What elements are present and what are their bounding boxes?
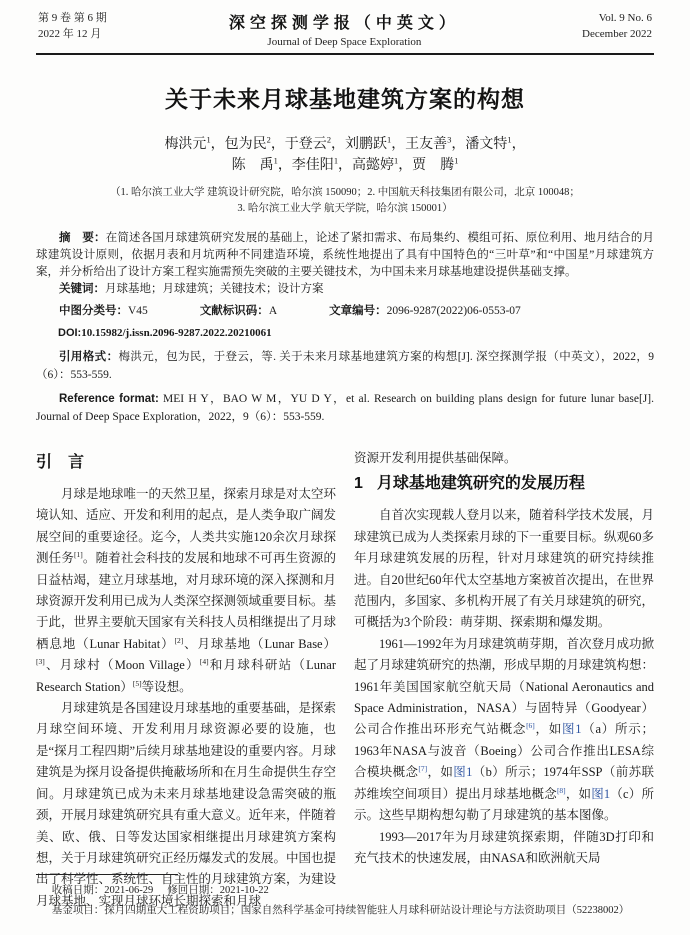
text-run: ，贾 腾: [398, 158, 454, 173]
text-run: 等设想。: [142, 680, 192, 694]
text-run: ，: [512, 137, 526, 152]
affiliation-line-2: 3. 哈尔滨工业大学 航天学院，哈尔滨 150001）: [36, 201, 654, 217]
keywords: 关键词：月球基地；月球建筑；关键技术；设计方案: [36, 281, 654, 298]
intro-heading: 引 言: [36, 452, 336, 474]
footnote-rule: [36, 874, 178, 875]
affiliation-line-1: （1. 哈尔滨工业大学 建筑设计研究院，哈尔滨 150090；2. 中国航天科技…: [36, 185, 654, 201]
article-title: 关于未来月球基地建筑方案的构想: [36, 81, 654, 114]
text-run: 陈 禹: [232, 158, 274, 173]
section-1-paragraph-3: 1993—2017年为月球建筑探索期，伴随3D打印和充气技术的快速发展，由NAS…: [354, 827, 654, 870]
received-date: 2021-06-29: [104, 885, 153, 896]
section-1-title: 月球基地建筑研究的发展历程: [377, 475, 585, 492]
continuation-line: 资源开发利用提供基础保障。: [354, 448, 654, 469]
left-column: 引 言 月球是地球唯一的天然卫星，探索月球是对太空环境认知、适应、开发和利用的起…: [36, 448, 336, 912]
text-run: ，高懿婷: [338, 158, 394, 173]
text-run: ，王友善: [391, 137, 447, 152]
doi: DOI:10.15982/j.issn.2096-9287.2022.20210…: [36, 325, 654, 342]
text-run: 1: [454, 156, 458, 165]
citation-ref: [2]: [174, 636, 183, 645]
text-run: ，如: [566, 787, 592, 801]
citation-cn: 引用格式：梅洪元，包为民，于登云，等. 关于未来月球基地建筑方案的构想[J]. …: [36, 348, 654, 384]
author-list: 梅洪元1，包为民2，于登云2，刘鹏跃1，王友善3，潘文特1， 陈 禹1，李佳阳1…: [36, 134, 654, 176]
citation-en: Reference format: MEI H Y，BAO W M，YU D Y…: [36, 390, 654, 426]
text-run: ，如: [427, 765, 453, 779]
keywords-label: 关键词：: [59, 283, 105, 295]
citation-ref: [3]: [36, 657, 45, 666]
abstract-text: 在简述各国月球建筑研究发展的基础上，论述了紧扣需求、布局集约、模组可拓、原位利用…: [36, 232, 654, 278]
front-matter: 摘 要：在简述各国月球建筑研究发展的基础上，论述了紧扣需求、布局集约、模组可拓、…: [36, 230, 654, 426]
section-1-paragraph-1: 自首次实现载人登月以来，随着科学技术发展，月球建筑已成为人类探索月球的下一重要目…: [354, 505, 654, 633]
journal-title-block: 深空探测学报（中英文） Journal of Deep Space Explor…: [229, 10, 460, 48]
citation-en-label: Reference format:: [59, 393, 159, 405]
text-run: 、月球基地（Lunar Base）: [183, 637, 336, 651]
text-run: ，李佳阳: [278, 158, 334, 173]
section-1-paragraph-2: 1961—1992年为月球建筑萌芽期，首次登月成功掀起了月球建筑研究的热潮，形成…: [354, 634, 654, 827]
text-run: ，如: [535, 722, 562, 736]
citation-ref: [1]: [74, 550, 83, 559]
citation-ref[interactable]: [8]: [557, 786, 566, 795]
figure-link[interactable]: 图1: [453, 765, 472, 779]
journal-title-en: Journal of Deep Space Exploration: [229, 36, 460, 48]
text-run: 梅洪元: [164, 137, 206, 152]
text-run: 、月球村（Moon Village）: [45, 658, 200, 672]
abstract-label: 摘 要：: [59, 232, 106, 244]
affiliations: （1. 哈尔滨工业大学 建筑设计研究院，哈尔滨 150090；2. 中国航天科技…: [36, 185, 654, 217]
header-rule: [36, 53, 654, 55]
volume-info: Vol. 9 No. 6 December 2022: [582, 10, 652, 42]
citation-ref[interactable]: [7]: [418, 764, 427, 773]
text-run: ，潘文特: [451, 137, 507, 152]
author-line-1: 梅洪元1，包为民2，于登云2，刘鹏跃1，王友善3，潘文特1，: [36, 134, 654, 155]
section-1-number: 1: [354, 475, 363, 492]
issue-info: 第 9 卷 第 6 期 2022 年 12 月: [38, 10, 107, 42]
paper-page: 第 9 卷 第 6 期 2022 年 12 月 深空探测学报（中英文） Jour…: [0, 0, 690, 935]
text-run: ，包为民: [211, 137, 267, 152]
abstract: 摘 要：在简述各国月球建筑研究发展的基础上，论述了紧扣需求、布局集约、模组可拓、…: [36, 230, 654, 281]
clc-number: 中图分类号：V45: [59, 303, 148, 320]
issue-date-cn: 2022 年 12 月: [38, 26, 107, 42]
body-columns: 引 言 月球是地球唯一的天然卫星，探索月球是对太空环境认知、适应、开发和利用的起…: [36, 448, 654, 912]
revised-date: 2021-10-22: [220, 885, 269, 896]
issue-volume: 第 9 卷 第 6 期: [38, 10, 107, 26]
figure-link[interactable]: 图1: [562, 722, 582, 736]
right-column: 资源开发利用提供基础保障。 1月球基地建筑研究的发展历程 自首次实现载人登月以来…: [354, 448, 654, 912]
issue-date-en: December 2022: [582, 26, 652, 42]
dates-footnote: 收稿日期：2021-06-29修回日期：2021-10-22: [36, 881, 654, 901]
journal-title-cn: 深空探测学报（中英文）: [229, 10, 460, 33]
article-number: 文章编号：2096-9287(2022)06-0553-07: [329, 303, 521, 320]
citation-cn-label: 引用格式：: [59, 351, 118, 363]
author-line-2: 陈 禹1，李佳阳1，高懿婷1，贾 腾1: [36, 155, 654, 176]
text-run: ，于登云: [271, 137, 327, 152]
funding-text: 探月四期重大工程资助项目；国家自然科学基金可持续智能驻人月球科研站设计理论与方法…: [104, 905, 629, 916]
section-1-heading: 1月球基地建筑研究的发展历程: [354, 473, 654, 495]
citation-ref: [4]: [200, 657, 209, 666]
doi-label: DOI:: [58, 327, 81, 339]
text-run: ，刘鹏跃: [331, 137, 387, 152]
intro-paragraph-1: 月球是地球唯一的天然卫星，探索月球是对太空环境认知、适应、开发和利用的起点，是人…: [36, 484, 336, 698]
keywords-text: 月球基地；月球建筑；关键技术；设计方案: [105, 283, 324, 295]
doi-value: 10.15982/j.issn.2096-9287.2022.20210061: [81, 327, 271, 339]
footnote-area: 收稿日期：2021-06-29修回日期：2021-10-22 基金项目：探月四期…: [36, 874, 654, 921]
citation-ref[interactable]: [6]: [526, 721, 535, 730]
document-code: 文献标识码：A: [200, 303, 277, 320]
volume-number: Vol. 9 No. 6: [582, 10, 652, 26]
citation-ref: [5]: [133, 679, 142, 688]
funding-footnote: 基金项目：探月四期重大工程资助项目；国家自然科学基金可持续智能驻人月球科研站设计…: [36, 901, 654, 921]
figure-link[interactable]: 图1: [591, 787, 610, 801]
classification-row: 中图分类号：V45 文献标识码：A 文章编号：2096-9287(2022)06…: [36, 303, 654, 320]
citation-cn-text: 梅洪元，包为民，于登云，等. 关于未来月球基地建筑方案的构想[J]. 深空探测学…: [36, 351, 654, 381]
journal-header: 第 9 卷 第 6 期 2022 年 12 月 深空探测学报（中英文） Jour…: [36, 8, 654, 48]
